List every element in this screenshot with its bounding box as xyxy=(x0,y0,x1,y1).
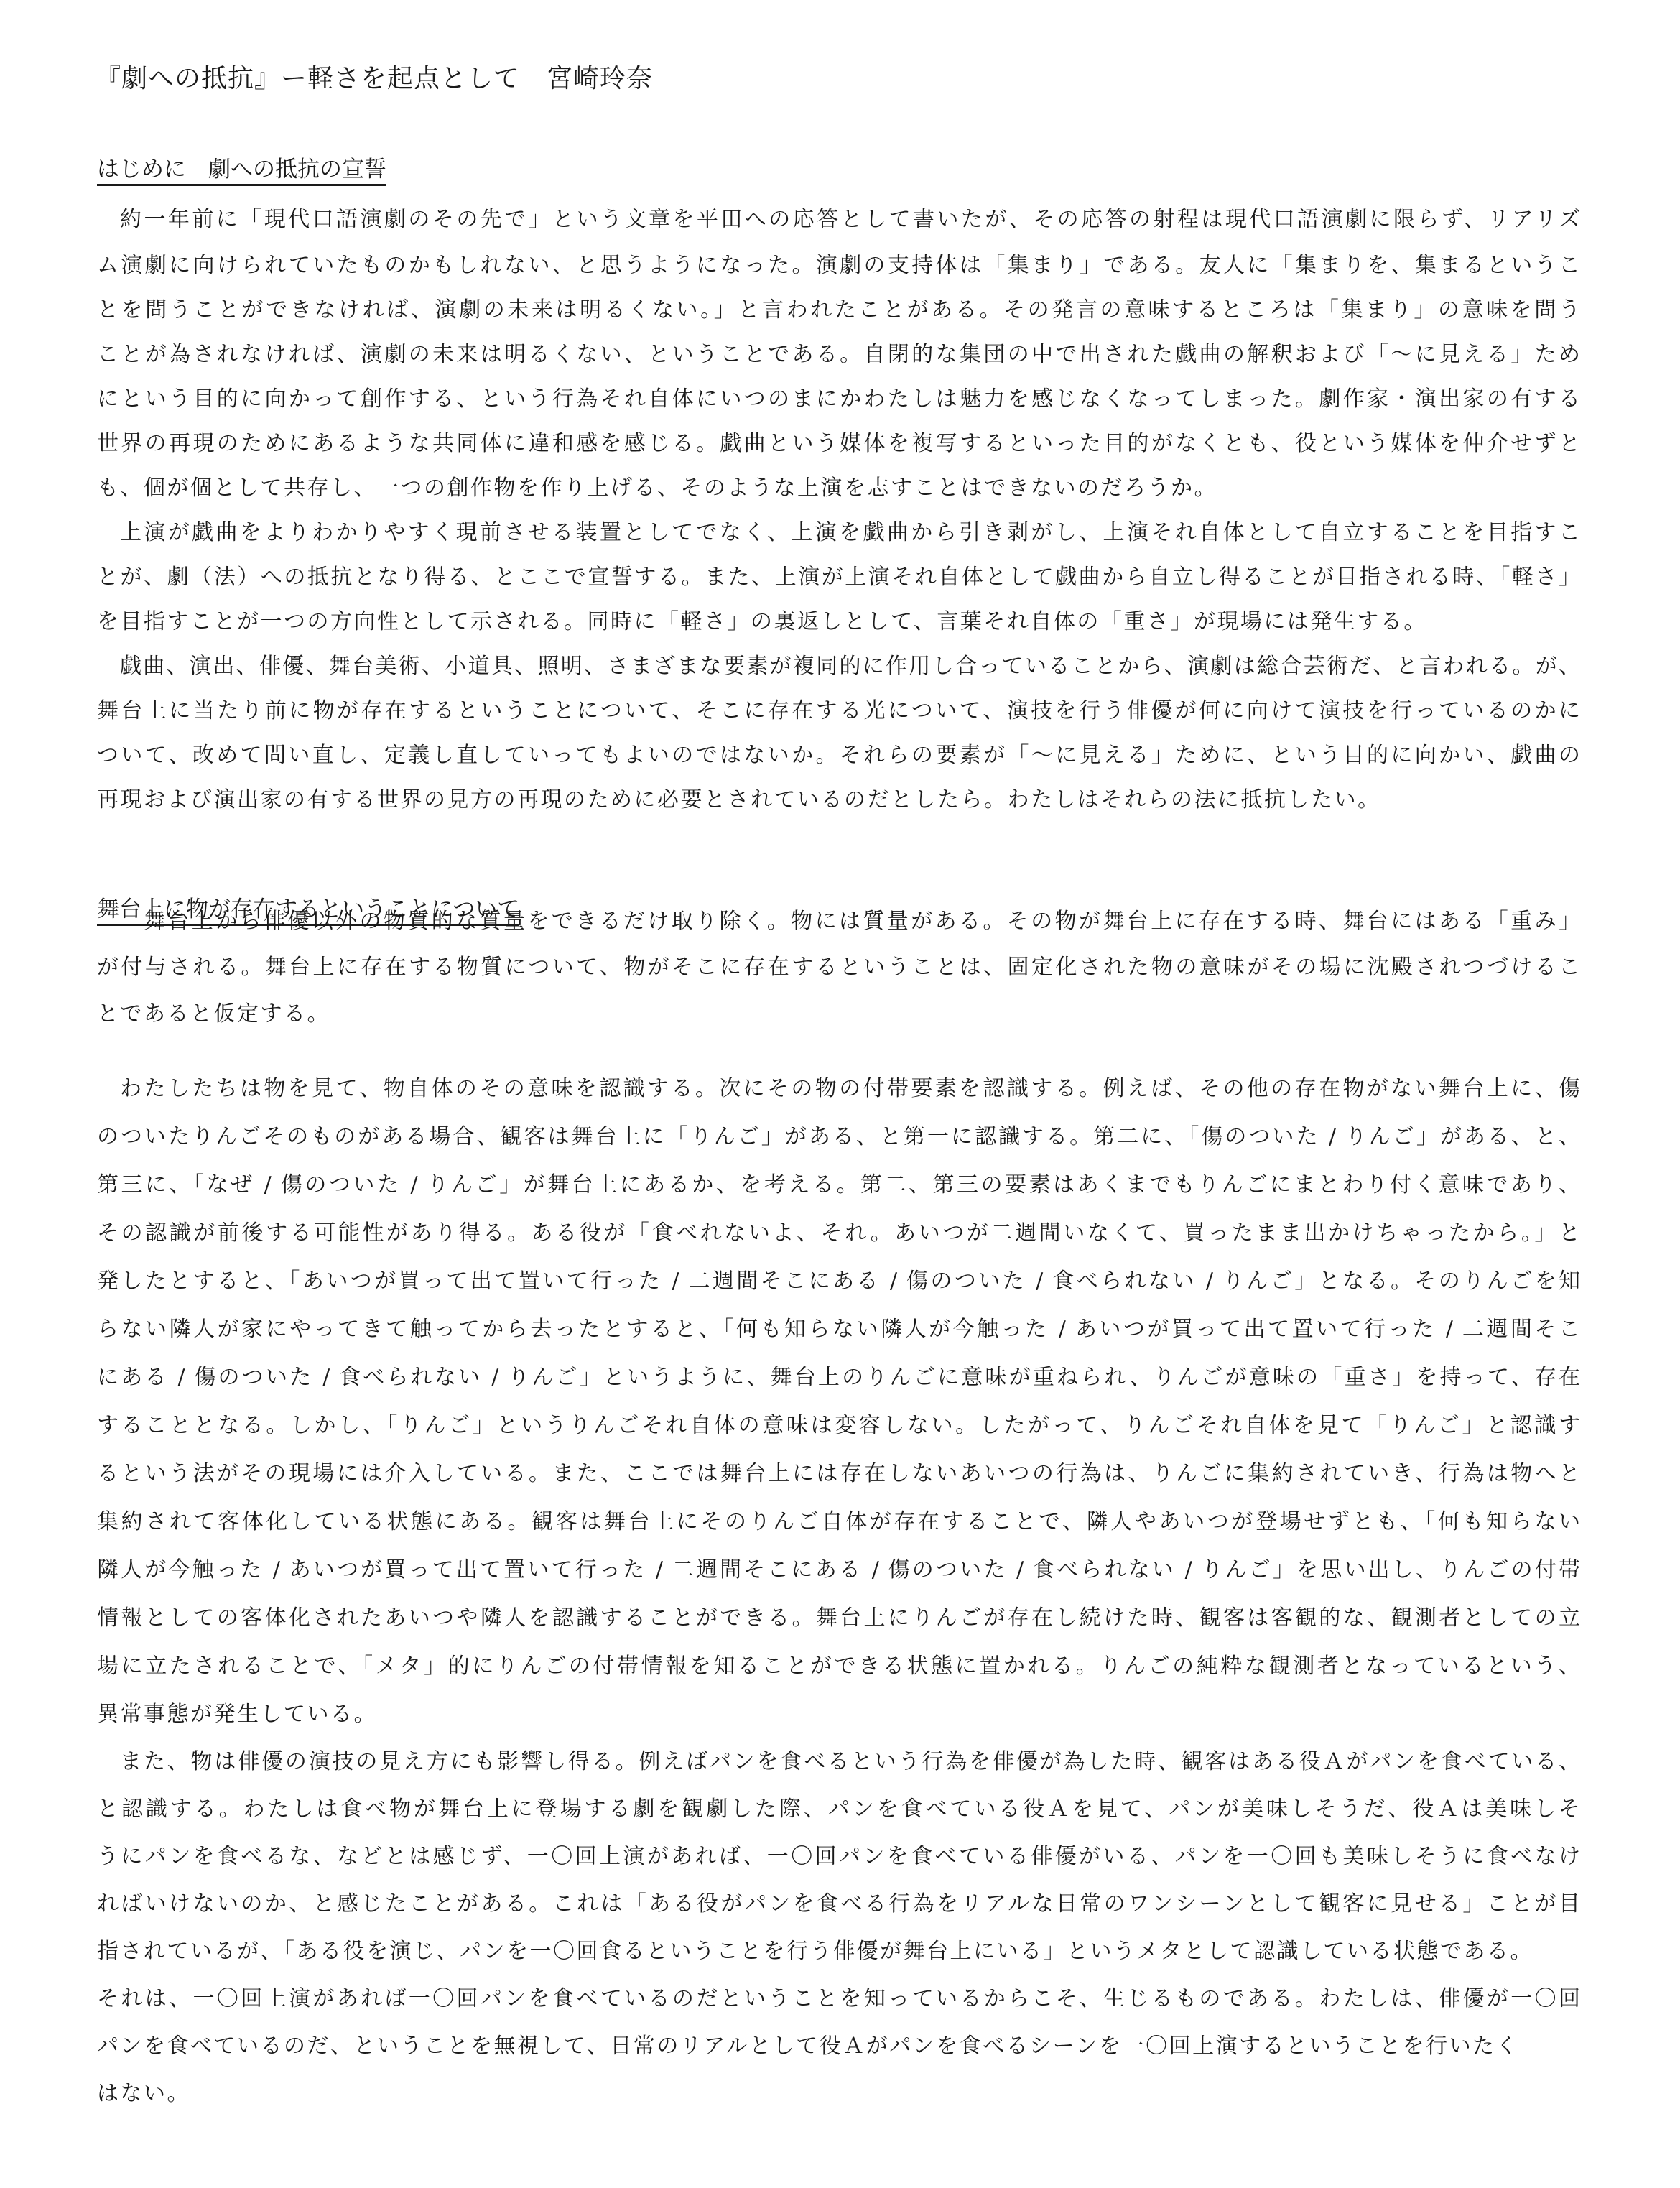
text-line: ことが為されなければ、演劇の未来は明るくない、ということである。自閉的な集団の中… xyxy=(97,340,1580,369)
text-line: 世界の再現のためにあるような共同体に違和感を感じる。戯曲という媒体を複写するとい… xyxy=(97,430,1580,458)
text-line: とを問うことができなければ、演劇の未来は明るくない。」と言われたことがある。その… xyxy=(97,296,1580,325)
document-title: 『劇への抵抗』ー軽さを起点として 宮崎玲奈 xyxy=(95,62,653,96)
text-line: 約一年前に「現代口語演劇のその先で」という文章を平田への応答として書いたが、その… xyxy=(97,205,1580,234)
text-line: 指されているが、「ある役を演じ、パンを一〇回食るということを行う俳優が舞台上にい… xyxy=(97,1937,1580,1966)
text-line: とが、劇（法）への抵抗となり得る、とここで宣誓する。また、上演が上演それ自体とし… xyxy=(97,563,1580,592)
text-line: 集約されて客体化している状態にある。観客は舞台上にそのりんご自体が存在することで… xyxy=(97,1508,1580,1536)
text-line: 隣人が今触った / あいつが買って出て置いて行った / 二週間そこにある / 傷… xyxy=(97,1556,1580,1585)
section-heading-introduction: はじめに 劇への抵抗の宣誓 xyxy=(97,155,386,186)
text-line: らない隣人が家にやってきて触ってから去ったとすると、「何も知らない隣人が今触った… xyxy=(97,1315,1580,1344)
text-line: その認識が前後する可能性があり得る。ある役が「食べれないよ、それ。あいつが二週間… xyxy=(97,1219,1580,1248)
text-line: を目指すことが一つの方向性として示される。同時に「軽さ」の裏返しとして、言葉それ… xyxy=(97,608,1580,636)
text-line: 上演が戯曲をよりわかりやすく現前させる装置としてでなく、上演を戯曲から引き剥がし… xyxy=(97,519,1580,547)
text-line: 舞台上から俳優以外の物質的な質量をできるだけ取り除く。物には質量がある。その物が… xyxy=(97,907,1580,936)
text-line: のついたりんごそのものがある場合、観客は舞台上に「りんご」がある、と第一に認識す… xyxy=(97,1123,1580,1151)
text-line: 戯曲、演出、俳優、舞台美術、小道具、照明、さまざまな要素が複同的に作用し合ってい… xyxy=(97,652,1580,681)
text-line: 発したとすると、「あいつが買って出て置いて行った / 二週間そこにある / 傷の… xyxy=(97,1267,1580,1296)
text-line: うにパンを食べるな、などとは感じず、一〇回上演があれば、一〇回パンを食べている俳… xyxy=(97,1842,1580,1871)
text-line: るという法がその現場には介入している。また、ここでは舞台上には存在しないあいつの… xyxy=(97,1460,1580,1488)
text-line: 再現および演出家の有する世界の見方の再現のために必要とされているのだとしたら。わ… xyxy=(97,786,1580,815)
text-line: にある / 傷のついた / 食べられない / りんご」というように、舞台上のりん… xyxy=(97,1363,1580,1392)
text-line: 情報としての客体化されたあいつや隣人を認識することができる。舞台上にりんごが存在… xyxy=(97,1604,1580,1633)
text-line: することとなる。しかし、「りんご」というりんごそれ自体の意味は変容しない。したが… xyxy=(97,1411,1580,1440)
text-line: 舞台上に当たり前に物が存在するということについて、そこに存在する光について、演技… xyxy=(97,697,1580,726)
text-line: と認識する。わたしは食べ物が舞台上に登場する劇を観劇した際、パンを食べている役Ａ… xyxy=(97,1795,1580,1824)
text-line: わたしたちは物を見て、物自体のその意味を認識する。次にその物の付帯要素を認識する… xyxy=(97,1075,1580,1103)
text-line: はない。 xyxy=(97,2080,1580,2108)
text-line: それは、一〇回上演があれば一〇回パンを食べているのだということを知っているからこ… xyxy=(97,1985,1580,2013)
text-line: ム演劇に向けられていたものかもしれない、と思うようになった。演劇の支持体は「集ま… xyxy=(97,251,1580,280)
text-line: 場に立たされることで、「メタ」的にりんごの付帯情報を知ることができる状態に置かれ… xyxy=(97,1652,1580,1681)
document-page: 『劇への抵抗』ー軽さを起点として 宮崎玲奈 はじめに 劇への抵抗の宣誓 約一年前… xyxy=(0,0,1680,2188)
text-line: また、物は俳優の演技の見え方にも影響し得る。例えばパンを食べるという行為を俳優が… xyxy=(97,1748,1580,1776)
text-line: とであると仮定する。 xyxy=(97,1000,1580,1029)
text-line: ればいけないのか、と感じたことがある。これは「ある役がパンを食べる行為をリアルな… xyxy=(97,1890,1580,1919)
text-line: ついて、改めて問い直し、定義し直していってもよいのではないか。それらの要素が「〜… xyxy=(97,741,1580,770)
text-line: 異常事態が発生している。 xyxy=(97,1700,1580,1729)
text-line: にという目的に向かって創作する、という行為それ自体にいつのまにかわたしは魅力を感… xyxy=(97,385,1580,414)
text-line: 第三に、「なぜ / 傷のついた / りんご」が舞台上にあるか、を考える。第二、第… xyxy=(97,1171,1580,1200)
text-line: パンを食べているのだ、ということを無視して、日常のリアルとして役Ａがパンを食べる… xyxy=(97,2032,1580,2061)
text-line: が付与される。舞台上に存在する物質について、物がそこに存在するということは、固定… xyxy=(97,953,1580,982)
text-line: も、個が個として共存し、一つの創作物を作り上げる、そのような上演を志すことはでき… xyxy=(97,474,1580,503)
